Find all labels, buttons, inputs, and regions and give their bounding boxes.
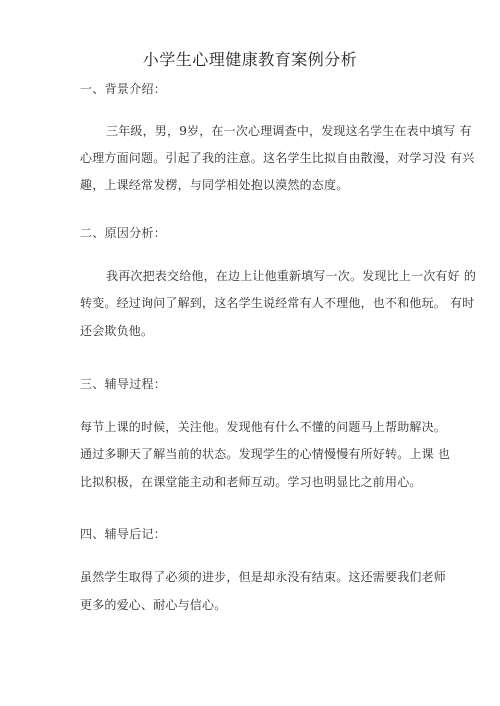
section-heading-cause-analysis: 二、原因分析： <box>80 224 166 241</box>
paragraph-line: 趣，上课经常发楞，与同学相处抱以漠然的态度。 <box>80 176 348 193</box>
section-heading-afterword: 四、辅导后记： <box>80 525 166 542</box>
document-page: 小学生心理健康教育案例分析 一、背景介绍： 三年级，男，9岁，在一次心理调查中，… <box>0 0 500 706</box>
paragraph-line: 转变。经过询问了解到，这名学生说经常有人不理他，也不和他玩。 有时 <box>80 294 474 311</box>
paragraph-line: 心理方面问题。引起了我的注意。这名学生比拟自由散漫，对学习没 有兴 <box>80 149 474 166</box>
section-heading-counseling-process: 三、辅导过程： <box>80 375 166 392</box>
paragraph-line: 我再次把表交给他，在边上让他重新填写一次。发现比上一次有好 的 <box>106 267 476 284</box>
paragraph-line: 比拟积极，在课堂能主动和老师互动。学习也明显比之前用心。 <box>80 473 422 490</box>
section-heading-background: 一、背景介绍： <box>80 80 166 97</box>
paragraph-line: 还会欺负他。 <box>80 322 153 339</box>
paragraph-line: 每节上课的时候，关注他。发现他有什么不懂的问题马上帮助解决。 <box>80 418 446 435</box>
paragraph-line: 更多的爱心、耐心与信心。 <box>80 596 226 613</box>
paragraph-line: 三年级，男，9岁，在一次心理调查中，发现这名学生在表中填写 有 <box>106 122 472 139</box>
document-title: 小学生心理健康教育案例分析 <box>0 47 500 70</box>
paragraph-line: 通过多聊天了解当前的状态。发现学生的心情慢慢有所好转。上课 也 <box>80 445 450 462</box>
paragraph-line: 虽然学生取得了必须的进步，但是却永没有结束。这还需要我们老师 <box>80 568 446 585</box>
